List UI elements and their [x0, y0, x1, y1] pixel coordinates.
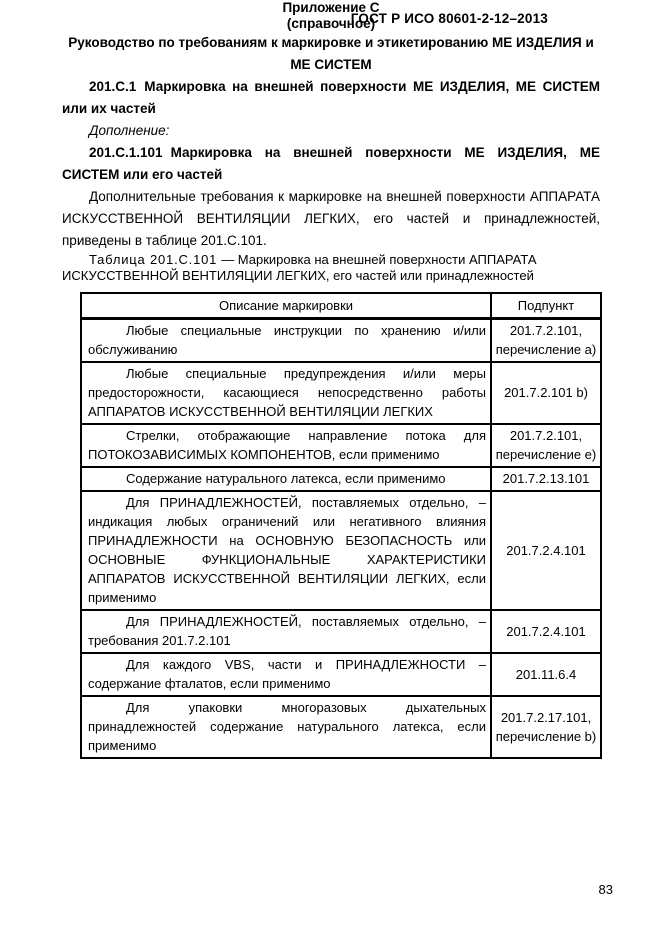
addition-note: Дополнение:	[62, 120, 600, 142]
description-cell: Для ПРИНАДЛЕЖНОСТЕЙ, поставляемых отдель…	[81, 491, 491, 610]
subclause-cell: 201.7.2.4.101	[491, 491, 601, 610]
page-content: Приложение С (справочное) Руководство по…	[62, 0, 600, 759]
subclause-cell: 201.7.2.17.101, перечисление b)	[491, 696, 601, 758]
subclause-cell: 201.7.2.101, перечисление е)	[491, 424, 601, 467]
table-row: Для ПРИНАДЛЕЖНОСТЕЙ, поставляемых отдель…	[81, 610, 601, 653]
table-caption: Таблица 201.С.101— Маркировка на внешней…	[62, 252, 600, 283]
marking-table: Описание маркировки Подпункт Любые специ…	[80, 292, 602, 759]
section-heading-201-c-1: 201.С.1Маркировка на внешней поверхности…	[62, 76, 600, 120]
table-row: Содержание натурального латекса, если пр…	[81, 467, 601, 491]
page-number: 83	[599, 882, 613, 897]
table-row: Для упаковки многоразовых дыхательных пр…	[81, 696, 601, 758]
description-cell: Содержание натурального латекса, если пр…	[81, 467, 491, 491]
table-caption-label: Таблица 201.С.101	[89, 252, 217, 267]
description-cell: Любые специальные предупреждения и/или м…	[81, 362, 491, 424]
subclause-cell: 201.7.2.101 b)	[491, 362, 601, 424]
table-row: Стрелки, отображающие направление потока…	[81, 424, 601, 467]
subclause-cell: 201.7.2.4.101	[491, 610, 601, 653]
table-header-row: Описание маркировки Подпункт	[81, 293, 601, 319]
subclause-cell: 201.11.6.4	[491, 653, 601, 696]
appendix-label: Приложение С	[62, 0, 600, 16]
document-page: ГОСТ Р ИСО 80601-2-12–2013 Приложение С …	[0, 0, 661, 935]
subclause-cell: 201.7.2.101, перечисление а)	[491, 319, 601, 363]
appendix-kind: (справочное)	[62, 16, 600, 32]
description-cell: Для упаковки многоразовых дыхательных пр…	[81, 696, 491, 758]
table-row: Для ПРИНАДЛЕЖНОСТЕЙ, поставляемых отдель…	[81, 491, 601, 610]
section-heading-201-c-1-101: 201.С.1.101Маркировка на внешней поверхн…	[62, 142, 600, 186]
description-cell: Любые специальные инструкции по хранению…	[81, 319, 491, 363]
intro-paragraph: Дополнительные требования к маркировке н…	[62, 186, 600, 252]
description-cell: Для каждого VBS, части и ПРИНАДЛЕЖНОСТИ …	[81, 653, 491, 696]
section-number: 201.С.1.101	[89, 145, 163, 160]
section-title: Маркировка на внешней поверхности МЕ ИЗД…	[62, 79, 600, 116]
appendix-title: Руководство по требованиям к маркировке …	[62, 32, 600, 76]
section-number: 201.С.1	[89, 79, 136, 94]
column-header-description: Описание маркировки	[81, 293, 491, 319]
description-cell: Для ПРИНАДЛЕЖНОСТЕЙ, поставляемых отдель…	[81, 610, 491, 653]
column-header-subclause: Подпункт	[491, 293, 601, 319]
subclause-cell: 201.7.2.13.101	[491, 467, 601, 491]
table-row: Любые специальные инструкции по хранению…	[81, 319, 601, 363]
table-row: Любые специальные предупреждения и/или м…	[81, 362, 601, 424]
description-cell: Стрелки, отображающие направление потока…	[81, 424, 491, 467]
table-row: Для каждого VBS, части и ПРИНАДЛЕЖНОСТИ …	[81, 653, 601, 696]
